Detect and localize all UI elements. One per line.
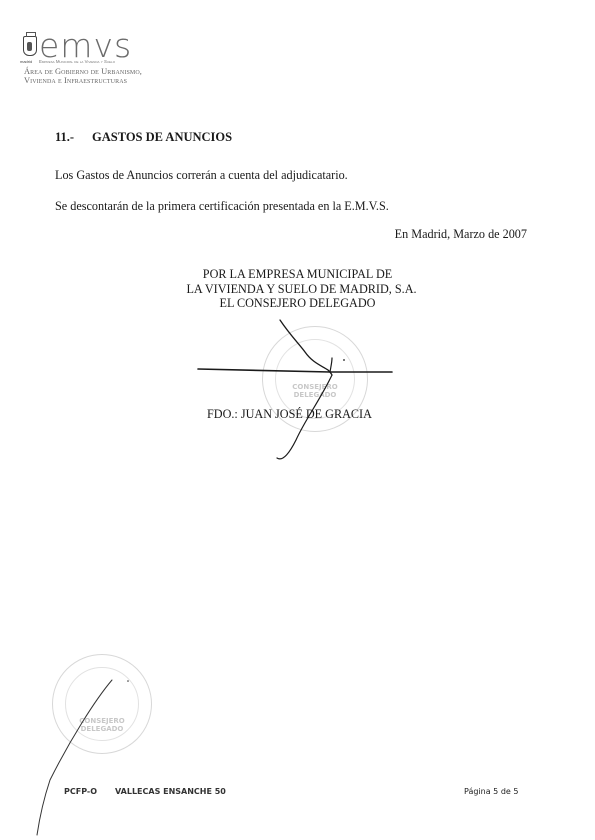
signatory-name: FDO.: JUAN JOSÉ DE GRACIA (207, 407, 372, 422)
footer-document-code: PCFP-O (64, 787, 97, 796)
section-number: 11.- (55, 130, 92, 145)
section-title: GASTOS DE ANUNCIOS (92, 130, 232, 144)
footer-page-number: Página 5 de 5 (464, 787, 518, 796)
stamp-text-line-1: CONSEJERO (53, 717, 151, 725)
logo-area-line-2: Vivienda e Infraestructuras (24, 76, 127, 85)
stamp-text-line-2: DELEGADO (53, 725, 151, 733)
stamp-text-line-2: DELEGADO (263, 391, 367, 399)
logo-area-line-1: Área de Gobierno de Urbanismo, (24, 67, 142, 76)
madrid-crest-icon (23, 36, 37, 56)
logo-city: madrid (20, 59, 32, 64)
stamp-text-line-1: CONSEJERO (263, 383, 367, 391)
section-heading: 11.-GASTOS DE ANUNCIOS (55, 130, 232, 145)
paragraph-2: Se descontarán de la primera certificaci… (55, 199, 389, 214)
signature-block: POR LA EMPRESA MUNICIPAL DE LA VIVIENDA … (0, 267, 595, 311)
paragraph-1: Los Gastos de Anuncios correrán a cuenta… (55, 168, 348, 183)
stamp-text: CONSEJERO DELEGADO (53, 717, 151, 733)
date-line: En Madrid, Marzo de 2007 (395, 227, 527, 242)
signature-line-3: EL CONSEJERO DELEGADO (0, 296, 595, 311)
footer-project-name: VALLECAS ENSANCHE 50 (115, 787, 226, 796)
signature-line-2: LA VIVIENDA Y SUELO DE MADRID, S.A. (0, 282, 595, 297)
stamp-text: CONSEJERO DELEGADO (263, 383, 367, 399)
logo-company-name: Empresa Municipal de la Vivienda y Suelo (39, 59, 115, 64)
official-stamp-lower: CONSEJERO DELEGADO (52, 654, 152, 754)
signature-line-1: POR LA EMPRESA MUNICIPAL DE (0, 267, 595, 282)
